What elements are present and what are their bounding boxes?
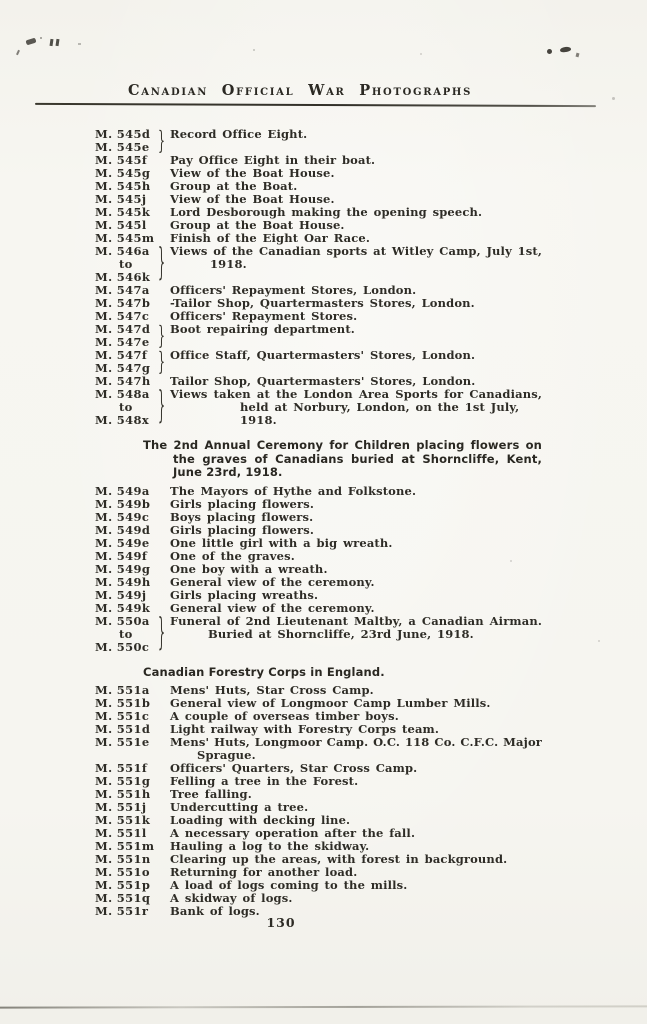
catalog-entry: M. 549aThe Mayors of Hythe and Folkstone…: [95, 485, 542, 498]
catalog-entry: M. 551qA skidway of logs.: [95, 892, 542, 905]
group-brace-icon: [157, 498, 170, 511]
entry-id-column: M. 549f: [95, 550, 157, 563]
group-brace-icon: }: [158, 578, 169, 689]
page-number: 130: [251, 915, 311, 930]
entry-description: One of the graves.: [170, 550, 542, 563]
catalog-entry: M. 550atoM. 550c}Funeral of 2nd Lieutena…: [95, 615, 542, 654]
catalog-entry: M. 548atoM. 548x}Views taken at the Lond…: [95, 388, 542, 427]
entry-description: One little girl with a big wreath.: [170, 537, 542, 550]
ink-speck: [420, 53, 422, 55]
group-brace-icon: [157, 180, 170, 193]
group-brace-icon: [157, 563, 170, 576]
entry-description: Funeral of 2nd Lieutenant Maltby, a Cana…: [170, 615, 542, 654]
entry-id-column: M. 549c: [95, 511, 157, 524]
page-bottom-edge: [0, 1005, 647, 1008]
group-brace-icon: [157, 905, 170, 918]
photo-id: M. 548x: [95, 414, 157, 427]
ink-speck: [25, 38, 36, 46]
photo-id: M. 550a: [95, 615, 157, 628]
catalog-entry: M. 551gFelling a tree in the Forest.: [95, 775, 542, 788]
entry-description-line: Funeral of 2nd Lieutenant Maltby, a Cana…: [170, 615, 542, 628]
entry-description-line: Girls placing flowers.: [170, 498, 542, 511]
photo-id: M. 549g: [95, 563, 157, 576]
ink-speck: [576, 53, 580, 58]
catalog-entry: M. 551eMens' Huts, Longmoor Camp. O.C. 1…: [95, 736, 542, 762]
catalog-entry: M. 549eOne little girl with a big wreath…: [95, 537, 542, 550]
entry-description: Record Office Eight.: [170, 128, 542, 154]
photo-id: M. 549c: [95, 511, 157, 524]
entry-description-line: Boys placing flowers.: [170, 511, 542, 524]
entry-id-column: M. 549k: [95, 602, 157, 615]
catalog-entry: M. 549cBoys placing flowers.: [95, 511, 542, 524]
group-brace-icon: [157, 814, 170, 827]
group-brace-icon: [157, 511, 170, 524]
ink-speck: [560, 46, 572, 52]
group-brace-icon: [157, 801, 170, 814]
entry-description-line: One little girl with a big wreath.: [170, 537, 542, 550]
photo-id: M. 549a: [95, 485, 157, 498]
photo-id: M. 549j: [95, 589, 157, 602]
group-brace-icon: [157, 892, 170, 905]
entry-description-line: Girls placing wreaths.: [170, 589, 542, 602]
entry-description-line: Record Office Eight.: [170, 128, 542, 141]
photo-id: M. 549b: [95, 498, 157, 511]
entry-id-column: M. 551e: [95, 736, 157, 762]
entry-id-column: M. 549j: [95, 589, 157, 602]
entry-description-line: Office Staff, Quartermasters' Stores, Lo…: [170, 349, 542, 362]
entry-description: Bank of logs.: [170, 905, 542, 918]
group-brace-icon: [157, 710, 170, 723]
group-brace-icon: [157, 866, 170, 879]
entry-id-column: M. 549g: [95, 563, 157, 576]
entry-description: Office Staff, Quartermasters' Stores, Lo…: [170, 349, 542, 375]
entry-description: The Mayors of Hythe and Folkstone.: [170, 485, 542, 498]
group-brace-icon: [157, 537, 170, 550]
scanned-catalog-page: Canadian Official War Photographs M. 545…: [0, 0, 647, 1024]
catalog-entry: M. 551hTree falling.: [95, 788, 542, 801]
entry-id-column: M. 549h: [95, 576, 157, 589]
entry-description: One boy with a wreath.: [170, 563, 542, 576]
group-brace-icon: [157, 485, 170, 498]
entry-id-column: M. 549b: [95, 498, 157, 511]
entry-id-column: M. 547dM. 547e: [95, 323, 157, 349]
group-brace-icon: [157, 697, 170, 710]
photo-id: M. 549k: [95, 602, 157, 615]
ink-speck: [16, 50, 20, 55]
ink-speck: [78, 43, 81, 45]
group-brace-icon: [157, 167, 170, 180]
entry-description-line: Boot repairing department.: [170, 323, 542, 336]
catalog-entry: M. 551rBank of logs.: [95, 905, 542, 918]
entry-id-column: M. 550atoM. 550c: [95, 615, 157, 654]
entry-id-column: M. 545dM. 545e: [95, 128, 157, 154]
group-brace-icon: [157, 736, 170, 762]
ink-speck: [598, 640, 600, 642]
entry-description-line: Buried at Shorncliffe, 23rd June, 1918.: [170, 628, 542, 641]
ink-speck: [253, 49, 255, 51]
entry-id-column: M. 547fM. 547g: [95, 349, 157, 375]
entry-description-line: General view of the ceremony.: [170, 576, 542, 589]
entry-id-column: M. 551r: [95, 905, 157, 918]
photo-id: M. 549d: [95, 524, 157, 537]
group-brace-icon: [157, 550, 170, 563]
entry-description: Girls placing flowers.: [170, 498, 542, 511]
catalog-entry: M. 545dM. 545e}Record Office Eight.: [95, 128, 542, 154]
catalog-entry: M. 549dGirls placing flowers.: [95, 524, 542, 537]
photo-id: M. 551e: [95, 736, 157, 749]
entry-id-column: M. 549d: [95, 524, 157, 537]
photo-id: M. 549e: [95, 537, 157, 550]
photo-id: M. 550c: [95, 641, 157, 654]
section-heading-line: June 23rd, 1918.: [95, 466, 542, 480]
entry-description: Mens' Huts, Longmoor Camp. O.C. 118 Co. …: [170, 736, 542, 762]
group-brace-icon: [157, 762, 170, 775]
group-brace-icon: [157, 840, 170, 853]
entry-description: Boys placing flowers.: [170, 511, 542, 524]
entry-description-line: 1918.: [170, 258, 542, 271]
photo-id: M. 551r: [95, 905, 157, 918]
group-brace-icon: }: [158, 116, 169, 167]
catalog-entry: M. 549fOne of the graves.: [95, 550, 542, 563]
photo-catalog-list: M. 545dM. 545e}Record Office Eight.M. 54…: [95, 128, 542, 918]
group-brace-icon: }: [158, 209, 169, 320]
entry-description-line: One of the graves.: [170, 550, 542, 563]
catalog-entry: M. 551pA load of logs coming to the mill…: [95, 879, 542, 892]
catalog-entry: M. 549gOne boy with a wreath.: [95, 563, 542, 576]
group-brace-icon: [157, 853, 170, 866]
entry-id-column: M. 546atoM. 546k: [95, 245, 157, 284]
entry-id-column: M. 548atoM. 548x: [95, 388, 157, 427]
group-brace-icon: [157, 827, 170, 840]
catalog-entry: M. 546atoM. 546k}Views of the Canadian s…: [95, 245, 542, 284]
entry-description-line: Girls placing flowers.: [170, 524, 542, 537]
group-brace-icon: [157, 524, 170, 537]
entry-description: Girls placing wreaths.: [170, 589, 542, 602]
entry-description: General view of the ceremony.: [170, 576, 542, 589]
catalog-entry: M. 549bGirls placing flowers.: [95, 498, 542, 511]
photo-id: to: [95, 628, 157, 641]
photo-id: M. 549f: [95, 550, 157, 563]
group-brace-icon: [157, 723, 170, 736]
entry-description: General view of the ceremony.: [170, 602, 542, 615]
entry-description: Views of the Canadian sports at Witley C…: [170, 245, 542, 284]
entry-description-line: Bank of logs.: [170, 905, 542, 918]
entry-id-column: M. 549a: [95, 485, 157, 498]
entry-description: Boot repairing department.: [170, 323, 542, 349]
page-title: Canadian Official War Photographs: [0, 82, 600, 99]
ink-speck: [547, 49, 552, 54]
group-brace-icon: [157, 879, 170, 892]
ink-speck: [50, 39, 54, 46]
ink-speck: [40, 37, 42, 39]
ink-speck: [612, 97, 615, 100]
entry-description-line: held at Norbury, London, on the 1st July…: [170, 401, 542, 427]
photo-id: M. 549h: [95, 576, 157, 589]
entry-description-line: General view of the ceremony.: [170, 602, 542, 615]
entry-description-line: One boy with a wreath.: [170, 563, 542, 576]
entry-description-line: The Mayors of Hythe and Folkstone.: [170, 485, 542, 498]
group-brace-icon: [157, 193, 170, 206]
group-brace-icon: [157, 788, 170, 801]
group-brace-icon: }: [158, 352, 169, 463]
header-rule: [35, 103, 596, 107]
group-brace-icon: [157, 775, 170, 788]
entry-id-column: M. 549e: [95, 537, 157, 550]
entry-description: Girls placing flowers.: [170, 524, 542, 537]
entry-description: Views taken at the London Area Sports fo…: [170, 388, 542, 427]
catalog-entry: M. 545gView of the Boat House.: [95, 167, 542, 180]
ink-speck: [56, 39, 60, 46]
